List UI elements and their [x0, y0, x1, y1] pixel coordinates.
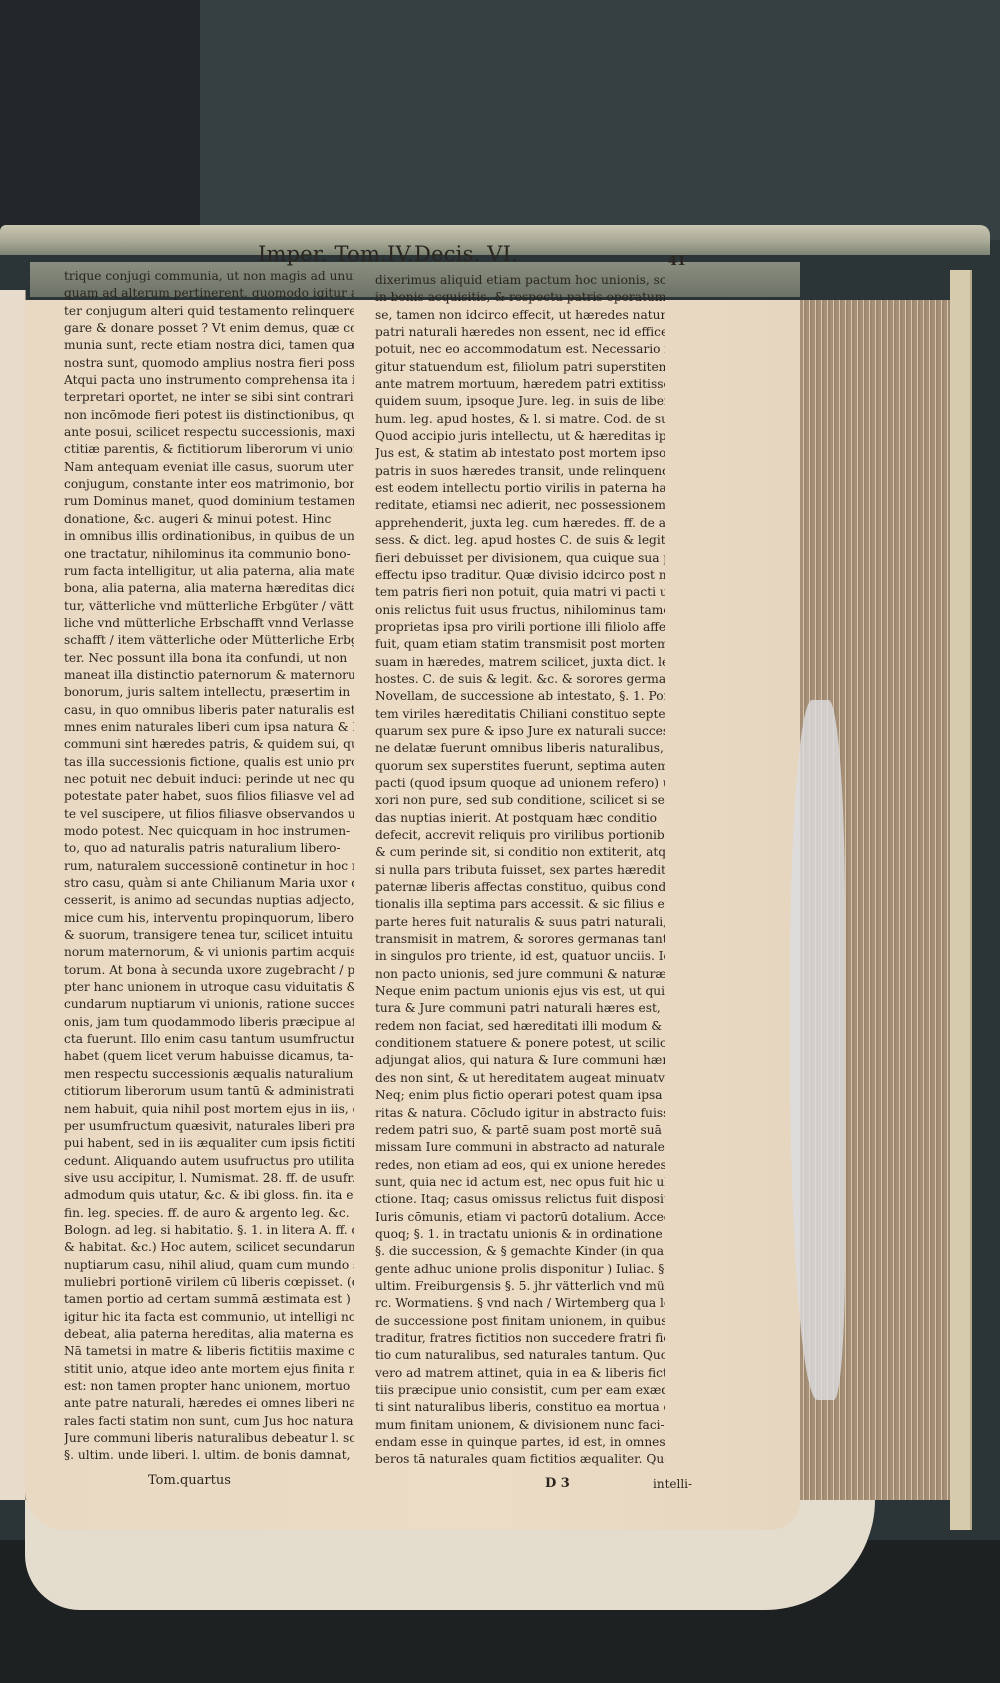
text-line: tem patris fieri non potuit, quia matri … [375, 584, 665, 601]
text-line: rum, naturalem successionē continetur in… [64, 858, 354, 875]
text-line: non incōmode fieri potest iis distinctio… [64, 407, 354, 424]
text-line: rum facta intelligitur, ut alia paterna,… [64, 563, 354, 580]
text-line: men respectu successionis æqualis natura… [64, 1066, 354, 1083]
text-line: rc. Wormatiens. § vnd nach / Wirtemberg … [375, 1295, 665, 1312]
text-line: onis, jam tum quodammodo liberis præcipu… [64, 1014, 354, 1031]
text-line: habet (quem licet verum habuisse dicamus… [64, 1048, 354, 1065]
text-line: stro casu, quàm si ante Chilianum Maria … [64, 875, 354, 892]
text-line: one tractatur, nihilominus ita communio … [64, 546, 354, 563]
text-line: trique conjugi communia, ut non magis ad… [64, 268, 354, 285]
text-line: bonorum, juris saltem intellectu, præser… [64, 684, 354, 701]
text-line: Neque enim pactum unionis ejus vis est, … [375, 983, 665, 1000]
text-line: to, quo ad naturalis patris naturalium l… [64, 840, 354, 857]
text-line: das nuptias inierit. At postquam hæc con… [375, 810, 665, 827]
text-line: tiis præcipue unio consistit, cum per ea… [375, 1382, 665, 1399]
text-line: defecit, accrevit reliquis pro virilibus… [375, 827, 665, 844]
text-line: fuit, quam etiam statim transmisit post … [375, 636, 665, 653]
text-line: redem patri suo, & partē suam post mortē… [375, 1122, 665, 1139]
text-line: nec potuit nec debuit induci: perinde ut… [64, 771, 354, 788]
text-line: cedunt. Aliquando autem usufructus pro u… [64, 1153, 354, 1170]
text-line: redes, non etiam ad eos, qui ex unione h… [375, 1157, 665, 1174]
background-slate [200, 0, 1000, 240]
signature-mark: D 3 [545, 1476, 570, 1491]
text-line: Novellam, de successione ab intestato, §… [375, 688, 665, 705]
text-line: quam ad alterum pertinerent, quomodo igi… [64, 285, 354, 302]
text-line: igitur hic ita facta est communio, ut in… [64, 1309, 354, 1326]
text-line: si nulla pars tributa fuisset, sex parte… [375, 862, 665, 879]
text-line: mice cum his, interventu propinquorum, l… [64, 910, 354, 927]
text-line: admodum quis utatur, &c. & ibi gloss. fi… [64, 1187, 354, 1204]
text-line: mum finitam unionem, & divisionem nunc f… [375, 1417, 665, 1434]
text-line: ti sint naturalibus liberis, constituo e… [375, 1399, 665, 1416]
text-line: rales facti statim non sunt, cum Jus hoc… [64, 1413, 354, 1430]
text-line: Bologn. ad leg. si habitatio. §. 1. in l… [64, 1222, 354, 1239]
text-line: stitit unio, atque ideo ante mortem ejus… [64, 1361, 354, 1378]
running-head: Imper. Tom.IV.Decis. VI. [258, 242, 518, 266]
text-line: patri naturali hæredes non essent, nec i… [375, 324, 665, 341]
text-line: de successione post finitam unionem, in … [375, 1313, 665, 1330]
text-line: & habitat. &c.) Hoc autem, scilicet secu… [64, 1239, 354, 1256]
text-line: pter hanc unionem in utroque casu viduit… [64, 979, 354, 996]
text-line: proprietas ipsa pro virili portione illi… [375, 619, 665, 636]
text-line: fieri debuisset per divisionem, qua cuiq… [375, 550, 665, 567]
text-line: debeat, alia paterna hereditas, alia mat… [64, 1326, 354, 1343]
text-line: endam esse in quinque partes, id est, in… [375, 1434, 665, 1451]
text-line: pui habent, sed in iis æqualiter cum ips… [64, 1135, 354, 1152]
text-line: casu, in quo omnibus liberis pater natur… [64, 702, 354, 719]
left-text-column: trique conjugi communia, ut non magis ad… [64, 268, 354, 1465]
text-line: parte heres fuit naturalis & suus patri … [375, 914, 665, 931]
text-line: bona, alia paterna, alia materna hæredit… [64, 580, 354, 597]
text-line: gare & donare posset ? Vt enim demus, qu… [64, 320, 354, 337]
text-line: est: non tamen propter hanc unionem, mor… [64, 1378, 354, 1395]
text-line: te vel suscipere, ut filios filiasve obs… [64, 806, 354, 823]
text-line: effectu ipso traditur. Quæ divisio idcir… [375, 567, 665, 584]
text-line: quorum sex superstites fuerunt, septima … [375, 758, 665, 775]
text-line: Atqui pacta uno instrumento comprehensa … [64, 372, 354, 389]
text-line: redem non faciat, sed hæreditati illi mo… [375, 1018, 665, 1035]
text-line: tur, vätterliche vnd mütterliche Erbgüte… [64, 598, 354, 615]
text-line: conditionem statuere & ponere potest, ut… [375, 1035, 665, 1052]
right-text-column: dixerimus aliquid etiam pactum hoc union… [375, 272, 665, 1469]
text-line: gitur statuendum est, filiolum patri sup… [375, 359, 665, 376]
text-line: modo potest. Nec quicquam in hoc instrum… [64, 823, 354, 840]
text-line: ante posui, scilicet respectu succession… [64, 424, 354, 441]
text-line: norum maternorum, & vi unionis partim ac… [64, 944, 354, 961]
catchword-left: Tom.quartus [148, 1473, 231, 1488]
text-line: dixerimus aliquid etiam pactum hoc union… [375, 272, 665, 289]
text-line: ritas & natura. Cōcludo igitur in abstra… [375, 1105, 665, 1122]
text-line: quoq; §. 1. in tractatu unionis & in ord… [375, 1226, 665, 1243]
text-line: tas illa successionis fictione, qualis e… [64, 754, 354, 771]
text-line: onis relictus fuit usus fructus, nihilom… [375, 602, 665, 619]
text-line: mnes enim naturales liberi cum ipsa natu… [64, 719, 354, 736]
text-line: & suorum, transigere tenea tur, scilicet… [64, 927, 354, 944]
text-line: gente adhuc unione prolis disponitur ) I… [375, 1261, 665, 1278]
text-line: tamen portio ad certam summā æstimata es… [64, 1291, 354, 1308]
text-line: Neq; enim plus fictio operari potest qua… [375, 1087, 665, 1104]
text-line: sunt, quia nec id actum est, nec opus fu… [375, 1174, 665, 1191]
text-line: ctitiorum liberorum usum tantū & adminis… [64, 1083, 354, 1100]
text-line: des non sint, & ut hereditatem augeat mi… [375, 1070, 665, 1087]
text-line: in singulos pro triente, id est, quatuor… [375, 948, 665, 965]
background-dark-left [0, 0, 200, 240]
text-line: in omnibus illis ordinationibus, in quib… [64, 528, 354, 545]
text-line: nem habuit, quia nihil post mortem ejus … [64, 1101, 354, 1118]
text-line: communi sint hæredes patris, & quidem su… [64, 736, 354, 753]
text-line: reditate, etiamsi nec adierit, nec posse… [375, 497, 665, 514]
text-line: potuit, nec eo accommodatum est. Necessa… [375, 341, 665, 358]
text-line: Jure communi liberis naturalibus debeatu… [64, 1430, 354, 1447]
text-line: Iuris cōmunis, etiam vi pactorū dotalium… [375, 1209, 665, 1226]
text-line: transmisit in matrem, & sorores germanas… [375, 931, 665, 948]
text-line: Jus est, & statim ab intestato post mort… [375, 445, 665, 462]
left-page-sliver [0, 290, 26, 1500]
text-line: Nā tametsi in matre & liberis fictitiis … [64, 1343, 354, 1360]
text-line: missam Iure communi in abstracto ad natu… [375, 1139, 665, 1156]
text-line: xori non pure, sed sub conditione, scili… [375, 792, 665, 809]
text-line: liche vnd mütterliche Erbschafft vnnd Ve… [64, 615, 354, 632]
text-line: maneat illa distinctio paternorum & mate… [64, 667, 354, 684]
text-line: ante patre naturali, hæredes ei omnes li… [64, 1395, 354, 1412]
catchword-right: intelli- [653, 1477, 692, 1491]
text-line: ctione. Itaq; casus omissus relictus fui… [375, 1191, 665, 1208]
text-line: quidem suum, ipsoque Jure. leg. in suis … [375, 393, 665, 410]
text-line: paternæ liberis affectas constituo, quib… [375, 879, 665, 896]
text-line: nuptiarum casu, nihil aliud, quam cum mu… [64, 1257, 354, 1274]
text-line: quarum sex pure & ipso Jure ex naturali … [375, 723, 665, 740]
text-line: apprehenderit, juxta leg. cum hæredes. f… [375, 515, 665, 532]
text-line: tem viriles hæreditatis Chiliani constit… [375, 706, 665, 723]
text-line: & cum perinde sit, si conditio non extit… [375, 844, 665, 861]
text-line: per usumfructum quæsivit, naturales libe… [64, 1118, 354, 1135]
text-line: terpretari oportet, ne inter se sibi sin… [64, 389, 354, 406]
text-line: tura & Jure communi patri naturali hæres… [375, 1000, 665, 1017]
text-line: donatione, &c. augeri & minui potest. Hi… [64, 511, 354, 528]
text-line: potestate pater habet, suos filios filia… [64, 788, 354, 805]
text-line: cta fuerunt. Illo enim casu tantum usumf… [64, 1031, 354, 1048]
text-line: hostes. C. de suis & legit. &c. & sorore… [375, 671, 665, 688]
text-line: beros tā naturales quam fictitios æquali… [375, 1451, 665, 1468]
text-line: nostra sunt, quomodo amplius nostra fier… [64, 355, 354, 372]
text-line: pacti (quod ipsum quoque ad unionem refe… [375, 775, 665, 792]
water-stain [790, 700, 845, 1400]
text-line: sess. & dict. leg. apud hostes C. de sui… [375, 532, 665, 549]
text-line: patris in suos hæredes transit, unde rel… [375, 463, 665, 480]
text-line: suam in hæredes, matrem scilicet, juxta … [375, 654, 665, 671]
text-line: hum. leg. apud hostes, & l. si matre. Co… [375, 411, 665, 428]
text-line: ctitiæ parentis, & fictitiorum liberorum… [64, 441, 354, 458]
text-line: torum. At bona à secunda uxore zugebrach… [64, 962, 354, 979]
text-line: cundarum nuptiarum vi unionis, ratione s… [64, 996, 354, 1013]
folio-number: 41 [668, 254, 686, 269]
text-line: traditur, fratres fictitios non succeder… [375, 1330, 665, 1347]
text-line: ne delatæ fuerunt omnibus liberis natura… [375, 740, 665, 757]
text-line: in bonis acquisitis, & respectu patris o… [375, 289, 665, 306]
text-line: ultim. Freiburgensis §. 5. jhr vätterlic… [375, 1278, 665, 1295]
text-line: sive usu accipitur, l. Numismat. 28. ff.… [64, 1170, 354, 1187]
text-line: non pacto unionis, sed jure communi & na… [375, 966, 665, 983]
text-line: rum Dominus manet, quod dominium testame… [64, 493, 354, 510]
text-line: munia sunt, recte etiam nostra dici, tam… [64, 337, 354, 354]
text-line: est eodem intellectu portio virilis in p… [375, 480, 665, 497]
book-cover-board [950, 270, 972, 1530]
text-line: muliebri portionē virilem cū liberis cœp… [64, 1274, 354, 1291]
text-line: tionalis illa septima pars accessit. & s… [375, 896, 665, 913]
text-line: ter conjugum alteri quid testamento reli… [64, 303, 354, 320]
text-line: Nam antequam eveniat ille casus, suorum … [64, 459, 354, 476]
text-line: cesserit, is animo ad secundas nuptias a… [64, 892, 354, 909]
text-line: fin. leg. species. ff. de auro & argento… [64, 1205, 354, 1222]
text-line: ante matrem mortuum, hæredem patri extit… [375, 376, 665, 393]
text-line: se, tamen non idcirco effecit, ut hærede… [375, 307, 665, 324]
text-line: tio cum naturalibus, sed naturales tantu… [375, 1347, 665, 1364]
text-line: conjugum, constante inter eos matrimonio… [64, 476, 354, 493]
text-line: vero ad matrem attinet, quia in ea & lib… [375, 1365, 665, 1382]
text-line: §. die succession, & § gemachte Kinder (… [375, 1243, 665, 1260]
text-line: adjungat alios, qui natura & Iure commun… [375, 1052, 665, 1069]
text-line: Quod accipio juris intellectu, ut & hære… [375, 428, 665, 445]
text-line: ter. Nec possunt illa bona ita confundi,… [64, 650, 354, 667]
text-line: schafft / item vätterliche oder Mütterli… [64, 632, 354, 649]
text-line: §. ultim. unde liberi. l. ultim. de boni… [64, 1447, 354, 1464]
